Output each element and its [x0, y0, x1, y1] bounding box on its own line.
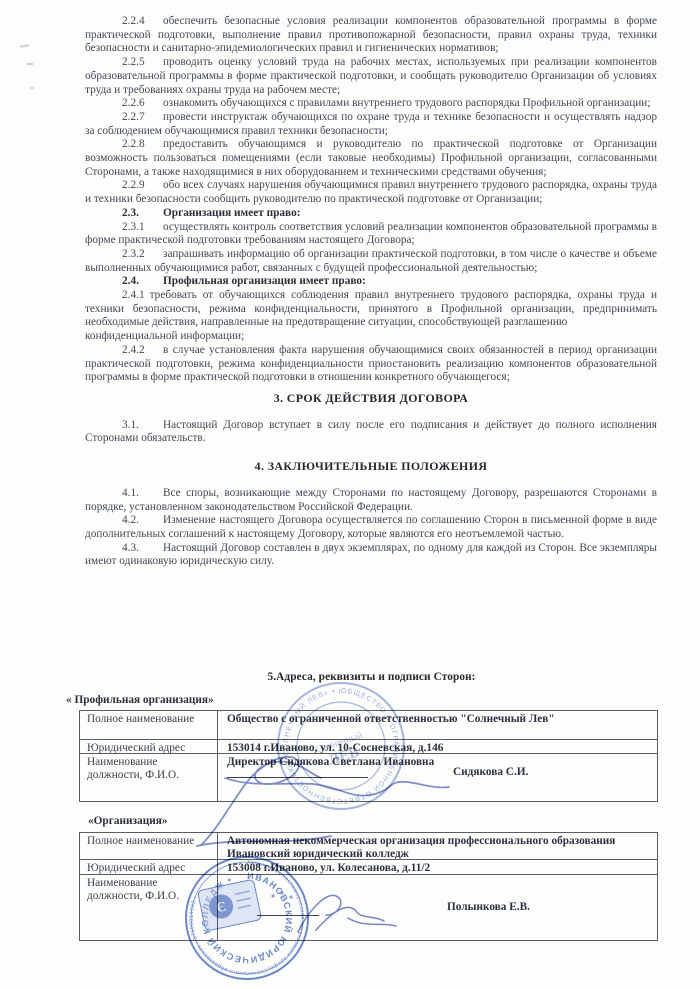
clause-text: предоставить обучающимся и руководителю …: [85, 138, 657, 177]
row-value: [218, 875, 657, 940]
clause-2-2-8: 2.2.8предоставить обучающимся и руководи…: [85, 138, 657, 179]
row-label: Наименование должности, Ф.И.О.: [80, 875, 218, 940]
clause-text: в случае установления факта нарушения об…: [85, 344, 657, 383]
scan-artifact-mark: [30, 87, 34, 89]
clause-text: осуществлять контроль соответствия услов…: [85, 221, 657, 247]
section-4-heading: 4. ЗАКЛЮЧИТЕЛЬНЫЕ ПОЛОЖЕНИЯ: [85, 460, 657, 474]
clause-number: 4.2.: [122, 514, 163, 528]
clause-2-2-7: 2.2.7провести инструктаж обучающихся по …: [85, 111, 657, 138]
clause-text: Организация имеет право:: [163, 207, 301, 219]
clause-2-2-6: 2.2.6ознакомить обучающихся с правилами …: [85, 97, 657, 111]
row-label: Юридический адрес: [80, 740, 218, 755]
scan-artifact-mark: [20, 44, 29, 47]
table-row: Полное наименование Автономная некоммерч…: [80, 833, 657, 860]
row-value: Общество с ограниченной ответственностью…: [218, 711, 657, 739]
section-5-heading: 5.Адреса, реквизиты и подписи Сторон:: [85, 671, 658, 685]
profile-table-caption: « Профильная организация»: [66, 694, 658, 708]
clause-number: 4.1.: [122, 487, 163, 501]
document-page: 2.2.4обеспечить безопасные условия реали…: [0, 0, 700, 989]
scan-artifact-mark: [27, 63, 33, 65]
clause-4-1: 4.1.Все споры, возникающие между Сторона…: [85, 487, 657, 514]
table-row: Юридический адрес 153014 г.Иваново, ул. …: [80, 740, 657, 754]
clause-number: 2.4.: [122, 275, 163, 289]
profile-signer-name: Сидякова С.И.: [453, 766, 528, 780]
clause-2-2-5: 2.2.5проводить оценку условий труда на р…: [85, 56, 657, 97]
clause-text: обеспечить безопасные условия реализации…: [85, 15, 657, 54]
clause-number: 2.2.8: [122, 138, 163, 152]
clause-number: 2.3.2: [122, 248, 163, 262]
table-row: Наименование должности, Ф.И.О.: [80, 875, 657, 940]
clause-number: 2.4.1: [122, 289, 150, 303]
clause-number: 2.2.7: [122, 111, 163, 125]
clause-number: 4.3.: [122, 542, 163, 556]
clause-number: 2.2.6: [122, 97, 163, 111]
row-label: Полное наименование: [80, 833, 218, 860]
signature-line: [257, 915, 319, 916]
signature-line: [227, 777, 368, 778]
clause-4-2: 4.2.Изменение настоящего Договора осущес…: [85, 514, 657, 541]
clause-text: обо всех случаях нарушения обучающимися …: [85, 179, 657, 205]
row-label: Наименование должности, Ф.И.О.: [80, 754, 218, 801]
section-3-heading: 3. СРОК ДЕЙСТВИЯ ДОГОВОРА: [85, 392, 657, 406]
clause-2-4-1-tail: конфиденциальной информации;: [85, 330, 657, 344]
clause-2-4-heading: 2.4.Профильная организация имеет право:: [85, 275, 657, 289]
row-label: Полное наименование: [80, 711, 218, 739]
clause-number: 2.2.5: [122, 56, 163, 70]
row-label: Юридический адрес: [80, 860, 218, 875]
clause-text: ознакомить обучающихся с правилами внутр…: [163, 97, 651, 109]
row-value: 153008 г.Иваново, ул. Колесанова, д.11/2: [218, 860, 657, 875]
clause-text: требовать от обучающихся соблюдения прав…: [85, 289, 657, 328]
clause-2-2-9: 2.2.9обо всех случаях нарушения обучающи…: [85, 179, 657, 206]
row-value: 153014 г.Иваново, ул. 10-Сосневская, д.1…: [218, 740, 657, 755]
clause-number: 2.2.4: [122, 15, 163, 29]
row-value: Автономная некоммерческая организация пр…: [218, 833, 657, 860]
clause-4-3: 4.3.Настоящий Договор составлен в двух э…: [85, 542, 657, 569]
clause-number: 2.3.: [122, 207, 163, 221]
organization-requisites-table: Полное наименование Автономная некоммерч…: [79, 832, 658, 941]
clause-3-1: 3.1.Настоящий Договор вступает в силу по…: [85, 419, 657, 446]
clause-number: 3.1.: [122, 419, 163, 433]
clause-text: Все споры, возникающие между Сторонами п…: [85, 487, 657, 513]
clause-text: Изменение настоящего Договора осуществля…: [85, 514, 657, 540]
clause-2-4-2: 2.4.2в случае установления факта нарушен…: [85, 344, 657, 385]
table-row: Наименование должности, Ф.И.О. Директор …: [80, 754, 657, 801]
clause-text: Настоящий Договор составлен в двух экзем…: [85, 542, 657, 568]
organization-table-caption: «Организация»: [88, 815, 658, 829]
clause-text: запрашивать информацию об организации пр…: [85, 248, 657, 274]
table-row: Полное наименование Общество с ограничен…: [80, 711, 657, 740]
profile-requisites-table: Полное наименование Общество с ограничен…: [79, 710, 658, 802]
clause-number: 2.3.1: [122, 221, 163, 235]
clause-number: 2.2.9: [122, 179, 163, 193]
clause-text: Настоящий Договор вступает в силу после …: [85, 419, 657, 445]
organization-signer-name: Полынкова Е.В.: [447, 901, 530, 915]
clause-text: Профильная организация имеет право:: [163, 275, 366, 287]
clause-2-3-1: 2.3.1осуществлять контроль соответствия …: [85, 221, 657, 248]
clause-text: проводить оценку условий труда на рабочи…: [85, 56, 657, 95]
clause-2-3-2: 2.3.2запрашивать информацию об организац…: [85, 248, 657, 275]
clause-2-3-heading: 2.3.Организация имеет право:: [85, 207, 657, 221]
table-row: Юридический адрес 153008 г.Иваново, ул. …: [80, 860, 657, 875]
clause-text: провести инструктаж обучающихся по охран…: [85, 111, 657, 137]
clause-2-2-4: 2.2.4обеспечить безопасные условия реали…: [85, 15, 657, 56]
clause-number: 2.4.2: [122, 344, 163, 358]
clause-2-4-1: 2.4.1требовать от обучающихся соблюдения…: [85, 289, 657, 330]
requisites-section: 5.Адреса, реквизиты и подписи Сторон: « …: [85, 660, 658, 941]
